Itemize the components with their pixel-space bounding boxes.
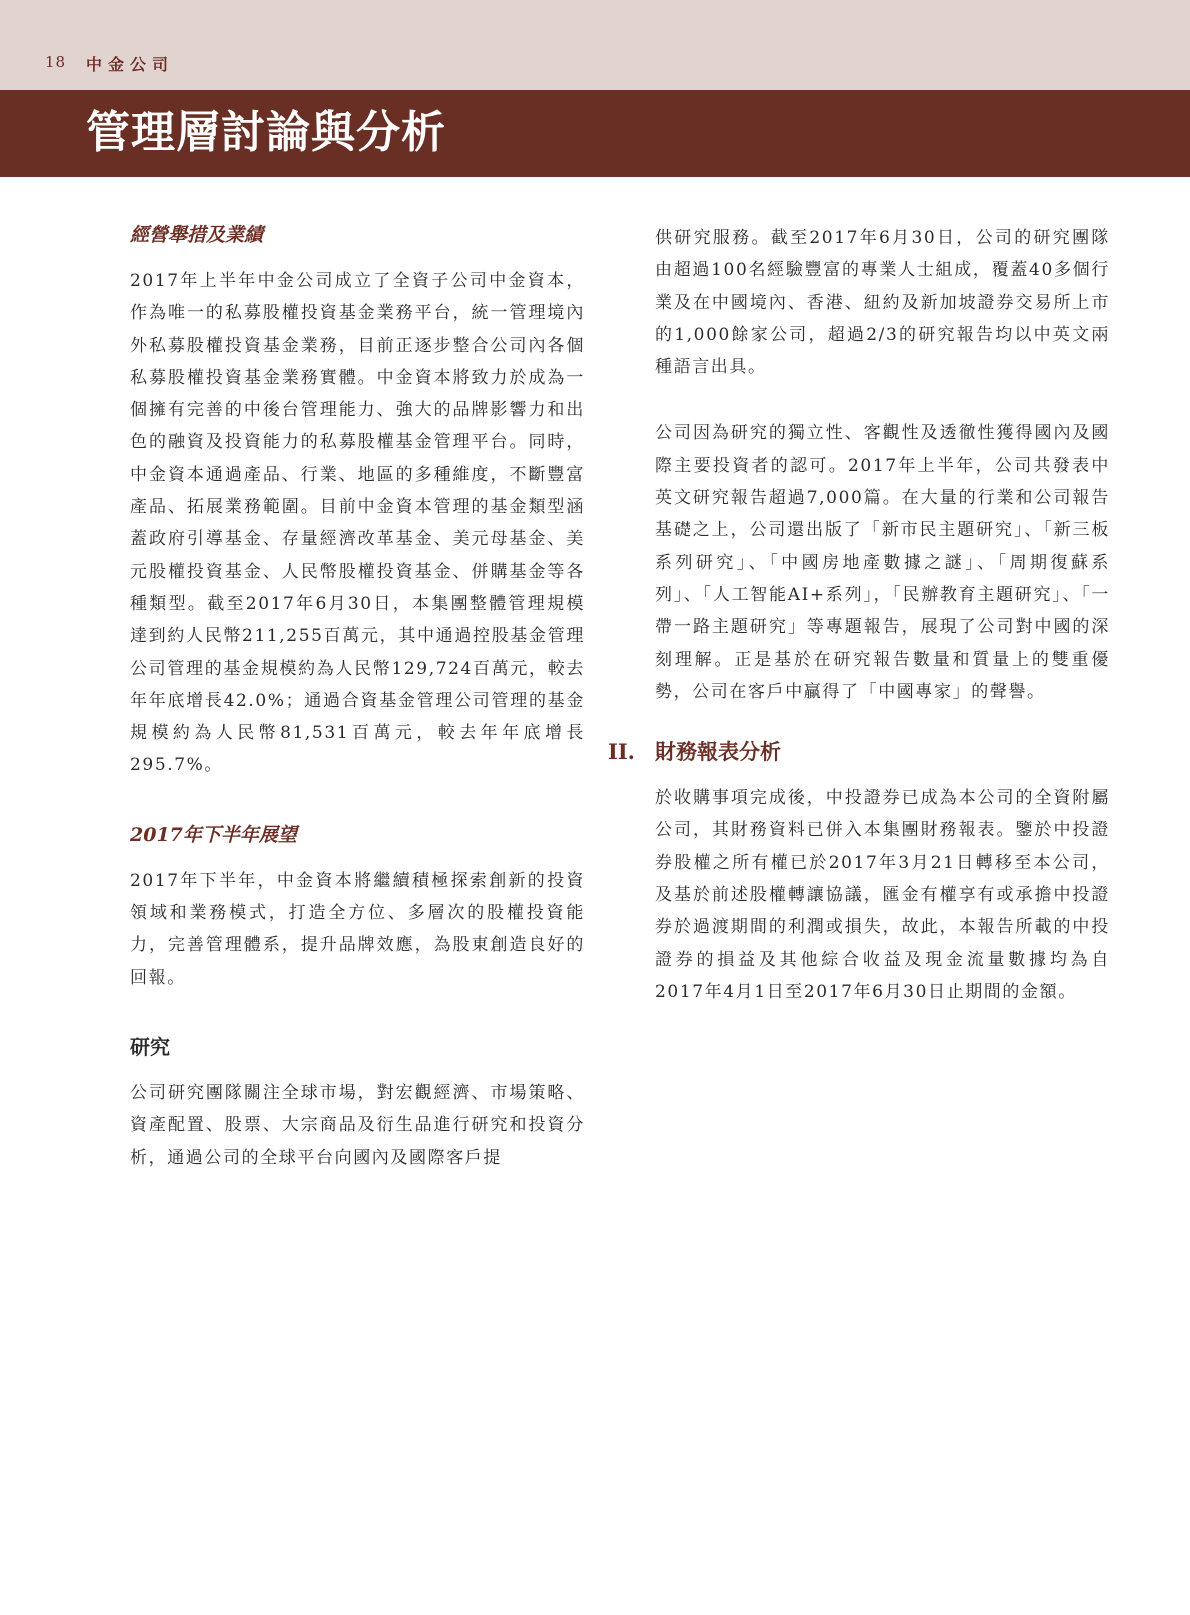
section-heading-financial-analysis: II.財務報表分析 bbox=[608, 738, 1110, 766]
heading-research: 研究 bbox=[130, 1034, 585, 1060]
paragraph-business-initiatives: 2017年上半年中金公司成立了全資子公司中金資本，作為唯一的私募股權投資基金業務… bbox=[130, 265, 585, 782]
heading-business-initiatives: 經營舉措及業績 bbox=[130, 222, 585, 248]
paragraph-research-cont: 供研究服務。截至2017年6月30日，公司的研究團隊由超過100名經驗豐富的專業… bbox=[655, 222, 1110, 383]
header-band bbox=[0, 0, 1190, 90]
heading-outlook: 2017年下半年展望 bbox=[130, 822, 585, 848]
page-title: 管理層討論與分析 bbox=[86, 105, 446, 161]
paragraph-financial-analysis: 於收購事項完成後，中投證券已成為本公司的全資附屬公司，其財務資料已併入本集團財務… bbox=[655, 782, 1110, 1008]
paragraph-outlook: 2017年下半年，中金資本將繼續積極探索創新的投資領域和業務模式，打造全方位、多… bbox=[130, 865, 585, 994]
paragraph-research-recognition: 公司因為研究的獨立性、客觀性及透徹性獲得國內及國際主要投資者的認可。2017年上… bbox=[655, 417, 1110, 708]
paragraph-research: 公司研究團隊關注全球市場，對宏觀經濟、市場策略、資產配置、股票、大宗商品及衍生品… bbox=[130, 1077, 585, 1174]
section-title: 財務報表分析 bbox=[655, 739, 781, 764]
section-number: II. bbox=[608, 738, 655, 766]
page-number: 18 bbox=[45, 53, 66, 71]
company-name: 中金公司 bbox=[86, 52, 174, 75]
right-column: 供研究服務。截至2017年6月30日，公司的研究團隊由超過100名經驗豐富的專業… bbox=[655, 222, 1110, 1008]
left-column: 經營舉措及業績 2017年上半年中金公司成立了全資子公司中金資本，作為唯一的私募… bbox=[130, 222, 585, 1174]
